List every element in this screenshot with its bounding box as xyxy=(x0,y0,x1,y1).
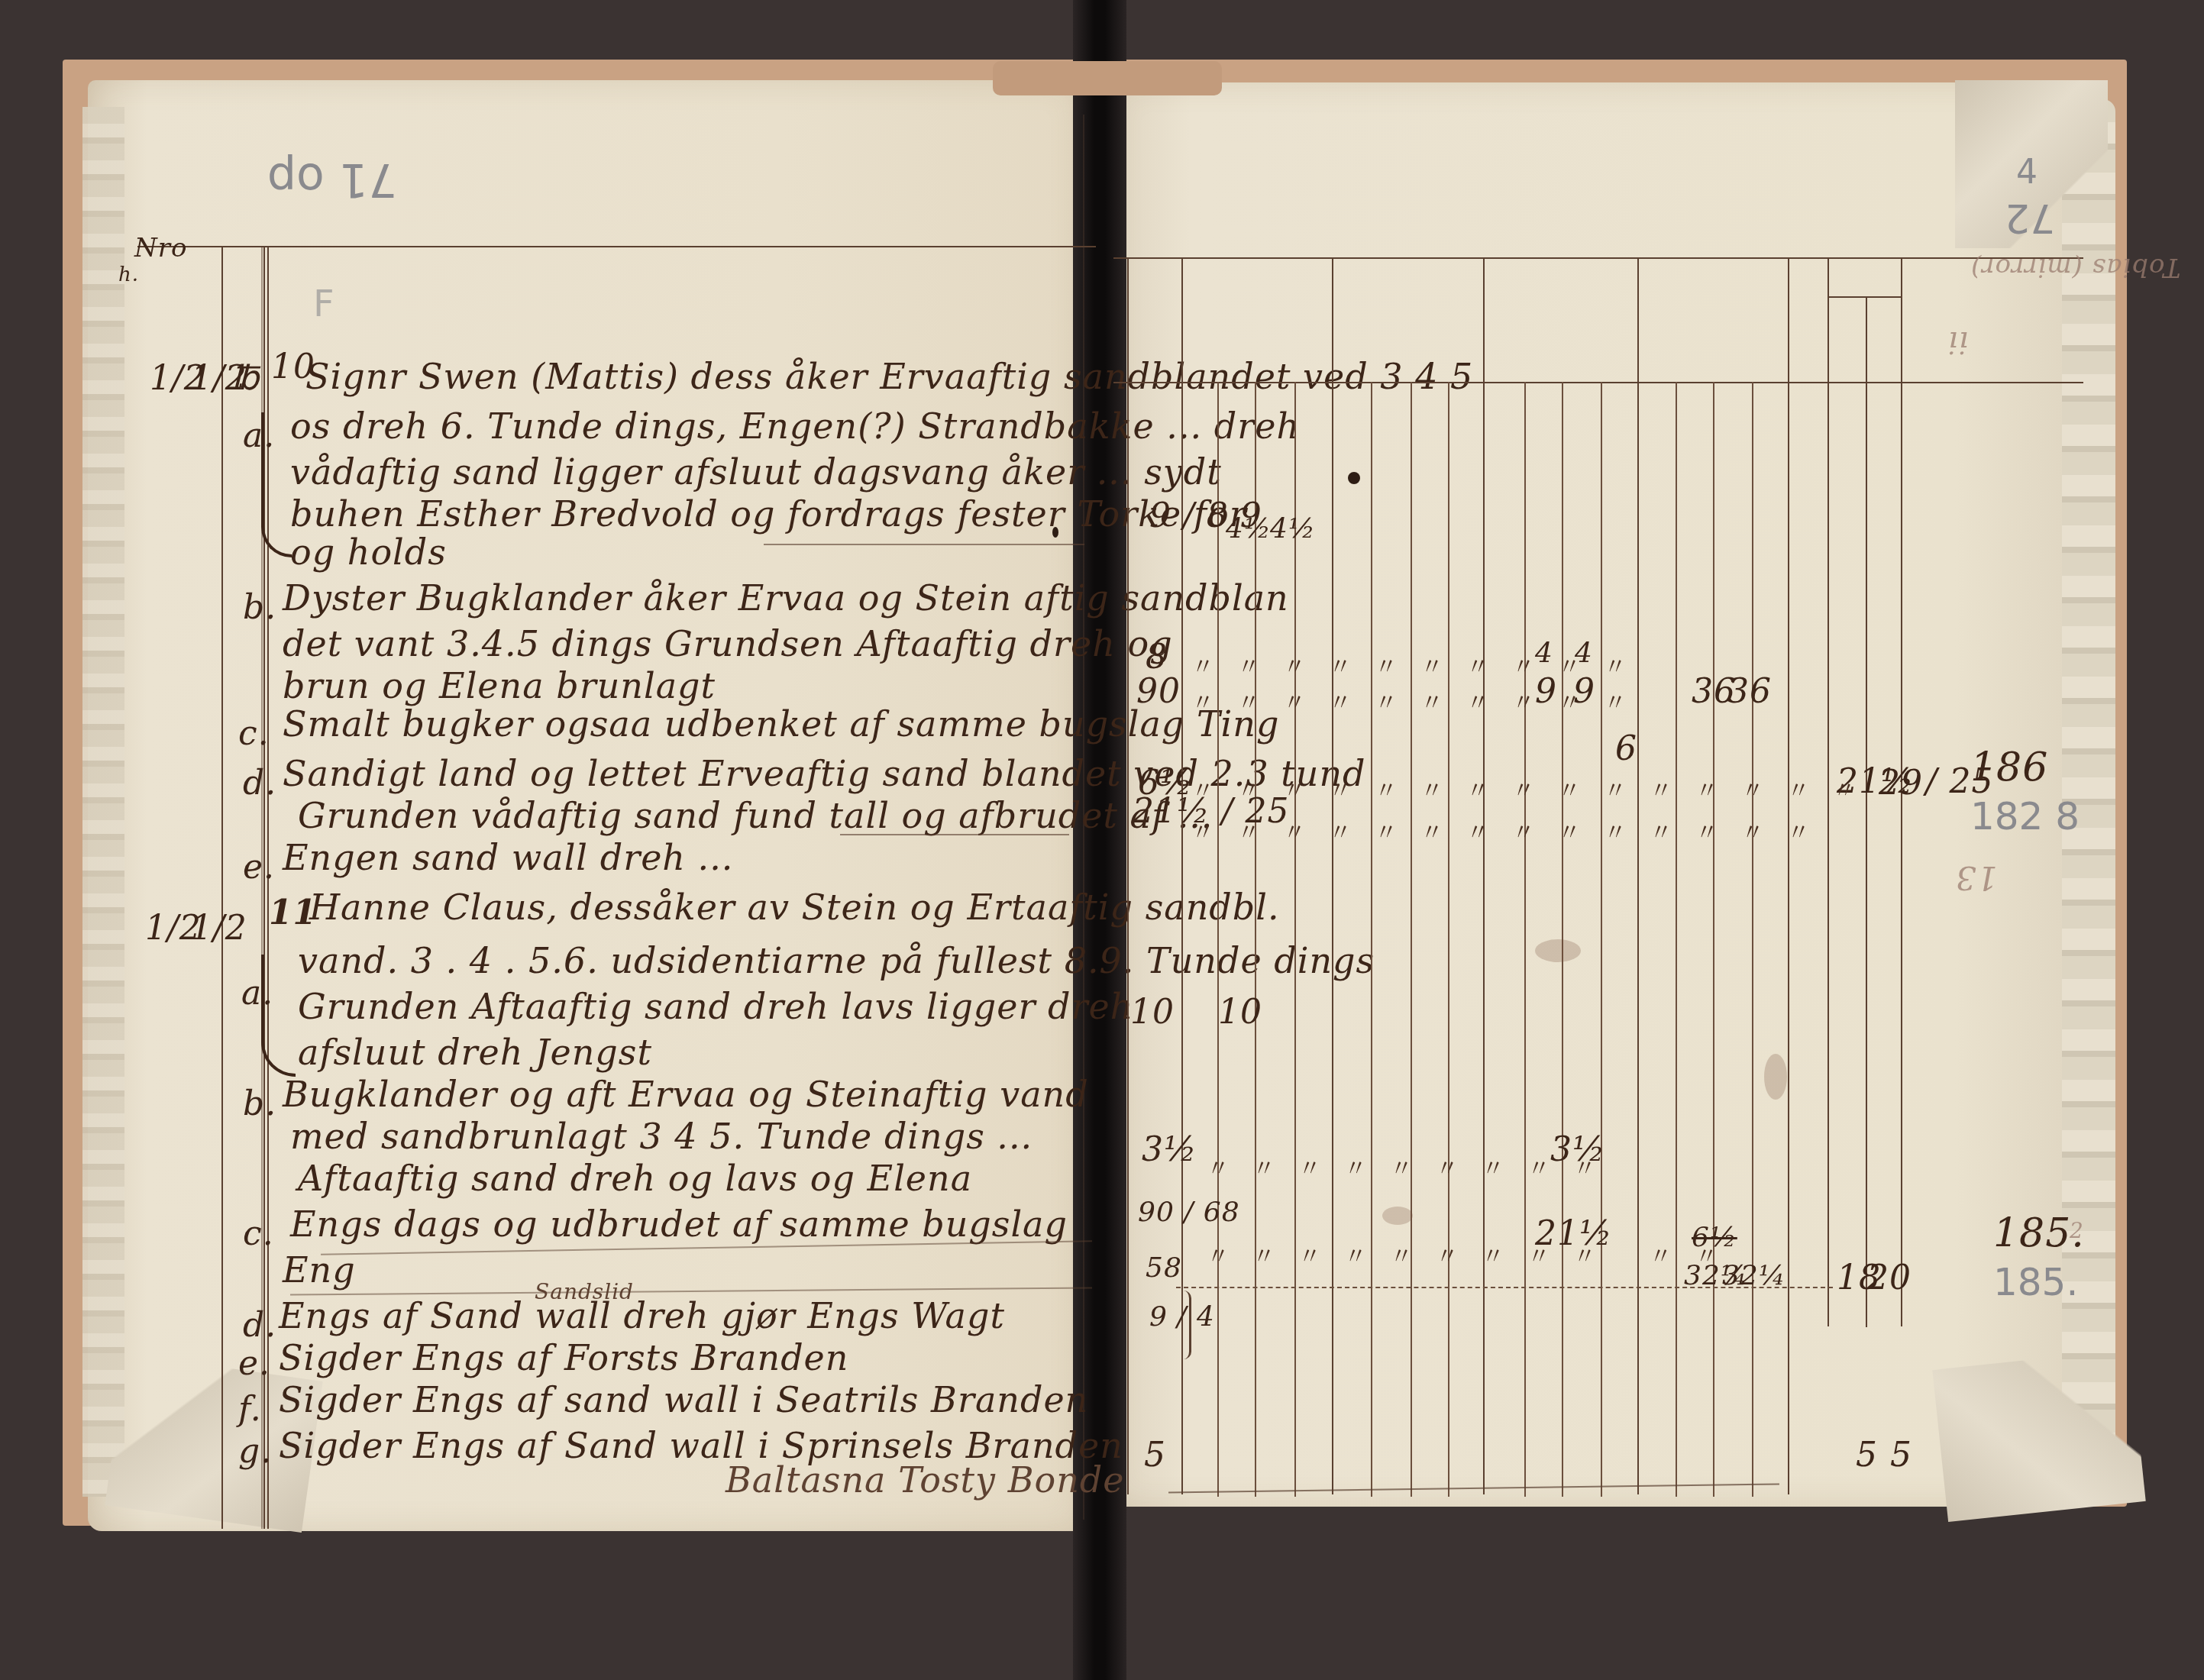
upside-down-number: 13 xyxy=(1955,859,1997,897)
entry-10-line-1: Signr Swen (Mattis) dess åker Ervaaftig … xyxy=(305,359,1473,394)
sub-column-rule xyxy=(1294,382,1296,1497)
entry-11-line-3: Grunden Aftaaftig sand dreh lavs ligger … xyxy=(298,989,1133,1024)
sub-column-rule xyxy=(1752,382,1753,1497)
entry-11-line-8: Engs dags og udbrudet af samme bugslag xyxy=(290,1207,1068,1242)
right-header-bottom-rule xyxy=(1113,382,2083,383)
flourish-line xyxy=(764,544,1084,545)
entry-11-marker-d: d. xyxy=(243,1306,276,1345)
entry-11-line-4: afsluut dreh Jengst xyxy=(298,1035,652,1070)
pencil-folio-top: 4 xyxy=(2016,153,2038,192)
sub-column-rule xyxy=(1713,382,1714,1497)
entry-10-marker-a: a. xyxy=(243,416,275,455)
ink-blot xyxy=(1052,527,1058,538)
row-11c-col0: 90 / 68 xyxy=(1138,1199,1240,1226)
entry-10-line-11: Grunden vådaftig sand fund tall og afbru… xyxy=(298,798,1213,833)
left-column-rule-1 xyxy=(221,246,223,1529)
right-column-rule xyxy=(1788,257,1789,1494)
row-11c-total-note: 2 xyxy=(2070,1218,2084,1243)
entry-11-marker-b: b. xyxy=(243,1084,276,1123)
entry-11-line-13: Sigder Engs af Sand wall i Sprinsels Bra… xyxy=(279,1428,1123,1463)
row-10c-col0: 90 xyxy=(1136,672,1181,711)
ditto-marks-row: 〃〃〃〃〃〃〃〃〃 xyxy=(1207,1149,1619,1183)
ditto-marks-row: 〃〃〃〃〃〃〃〃〃〃〃〃〃〃 xyxy=(1191,813,1833,847)
entry-10-marker-d: d. xyxy=(243,764,276,803)
sub-column-rule xyxy=(1524,382,1526,1497)
paper-stain xyxy=(1764,1054,1787,1100)
entry-11-marker-c: c. xyxy=(243,1214,274,1253)
entry-11-line-5: Bugklander og aft Ervaa og Steinaftig va… xyxy=(283,1077,1089,1112)
row-10a-value: 4½ xyxy=(1226,513,1272,544)
sub-column-rule xyxy=(1217,382,1219,1497)
right-column-rule xyxy=(1637,257,1639,1494)
entry-10-marker-e: e. xyxy=(243,848,275,887)
flourish-line xyxy=(840,834,1069,835)
entry-10-line-8: brun og Elena brunlagt xyxy=(283,668,716,703)
ditto-marks-row: 〃〃〃〃〃〃〃〃〃〃 xyxy=(1191,683,1650,717)
row-10e-value-b: 29 xyxy=(1879,764,1923,803)
entry-11-marker-g: g. xyxy=(238,1432,272,1471)
entry-11-line-9: Eng xyxy=(283,1252,356,1287)
paper-stain xyxy=(1382,1207,1413,1225)
entry-10-line-5: og holds xyxy=(290,535,447,570)
entry-10-mark: ℔ xyxy=(231,359,260,398)
row-11g-value: 5 xyxy=(1890,1436,1912,1475)
row-10b-col0: 8 xyxy=(1146,638,1168,677)
pencil-folio-right: 72 xyxy=(2005,195,2055,241)
sub-column-rule xyxy=(1601,382,1602,1497)
row-11cb-col0: 58 xyxy=(1146,1252,1182,1284)
entry-11-line-10: Engs af Sand wall dreh gjør Engs Wagt xyxy=(279,1298,1005,1333)
right-column-rule xyxy=(1866,296,1867,1327)
entry-10-line-12: Engen sand wall dreh ... xyxy=(283,840,733,875)
row-11cb-pencil-total: 185. xyxy=(1993,1260,2078,1304)
margin-note: h. xyxy=(118,263,139,286)
row-11g-col0: 5 xyxy=(1144,1436,1166,1475)
left-page-frayed-edge xyxy=(82,107,124,1497)
row-11cb-value: 20 xyxy=(1867,1258,1912,1297)
entry-11-line-7: Aftaaftig sand dreh og lavs og Elena xyxy=(298,1161,972,1196)
row-10c-value: 36 xyxy=(1727,672,1772,711)
row-10e-pencil-total: 182 8 xyxy=(1970,794,2080,838)
entry-10-line-9: Smalt bugker ogsaa udbenket af samme bug… xyxy=(283,706,1279,741)
entry-11-line-6: med sandbrunlagt 3 4 5. Tunde dings ... xyxy=(290,1119,1033,1154)
sub-column-rule xyxy=(1676,382,1677,1497)
entry-11-marker-e: e. xyxy=(238,1344,270,1383)
paper-stain xyxy=(1535,939,1581,962)
entry-10-marker-b: b. xyxy=(243,588,276,627)
ditto-marks-row: 〃〃〃〃〃〃〃〃〃 〃〃 xyxy=(1207,1237,1741,1271)
entry-11-line-12: Sigder Engs af sand wall i Seatrils Bran… xyxy=(279,1382,1088,1417)
column-label-nro: Nro xyxy=(134,233,187,263)
sub-column-rule xyxy=(1255,382,1256,1497)
right-column-rule xyxy=(1127,257,1129,1494)
entry-10-line-7: det vant 3.4.5 dings Grundsen Aftaaftig … xyxy=(283,626,1173,661)
entry-11-closing-signature: Baltasna Tosty Bonde xyxy=(726,1462,1124,1497)
left-header-rule xyxy=(137,246,1096,247)
row-11b-col0: 3½ xyxy=(1142,1130,1197,1169)
pencil-mark-f: F xyxy=(313,283,334,325)
entry-11-line-1: Hanne Claus, dessåker av Stein og Ertaaf… xyxy=(309,890,1280,925)
row-11g-value: 5 xyxy=(1856,1436,1878,1475)
right-column-rule xyxy=(1332,257,1333,1494)
entry-11-marker-a: a. xyxy=(241,974,273,1013)
ditto-marks-row: 〃〃〃〃〃〃〃〃〃〃〃〃〃〃〃 xyxy=(1191,771,1879,805)
row-11a-value: 10 xyxy=(1218,993,1262,1032)
entry-10-line-2: os dreh 6. Tunde dings, Engen(?) Strandb… xyxy=(290,409,1300,444)
sub-column-rule xyxy=(1448,382,1449,1497)
right-column-rule xyxy=(1483,257,1485,1494)
spine-headband xyxy=(993,61,1222,95)
entry-10-line-4: buhen Esther Bredvold og fordrags fester… xyxy=(290,496,1247,531)
row-10e-total: 186 xyxy=(1970,745,2048,790)
row-10d-value: 6 xyxy=(1615,729,1637,768)
row-10a-value: 4½ xyxy=(1270,513,1316,544)
entry-11-marker-f: f. xyxy=(238,1390,262,1429)
row-11a-col0: 10 xyxy=(1130,993,1175,1032)
ditto-marks-row: 〃〃〃〃〃〃〃〃〃〃 xyxy=(1191,648,1650,681)
entry-10-marker-c: c. xyxy=(238,714,270,753)
entry-11-line-11: Sigder Engs af Forsts Branden xyxy=(279,1340,848,1375)
right-header-top-rule xyxy=(1113,257,2083,259)
entry-11-brace xyxy=(261,955,296,1077)
entry-11-line-2: vand. 3 . 4 . 5.6. udsidentiarne på full… xyxy=(298,943,1375,978)
right-bottom-corner-fold xyxy=(1932,1349,2145,1522)
ink-blot xyxy=(1348,472,1360,484)
entry-10-line-6: Dyster Bugklander åker Ervaa og Stein af… xyxy=(283,580,1289,615)
sub-column-rule xyxy=(1411,382,1412,1497)
row-11d-bracket xyxy=(1176,1291,1191,1359)
margin-mark-ii: ii xyxy=(1947,325,1969,360)
pencil-folio-left: 71 op xyxy=(267,153,397,206)
mirrored-faint-note: Tobias (mirror) xyxy=(1970,252,2181,283)
sub-column-rule xyxy=(1371,382,1372,1497)
entry-11-fraction-2: 1/2 xyxy=(191,909,247,948)
entry-10-line-3: vådaftig sand ligger afsluut dagsvang åk… xyxy=(290,454,1222,489)
header-box-rule xyxy=(1828,296,1901,298)
